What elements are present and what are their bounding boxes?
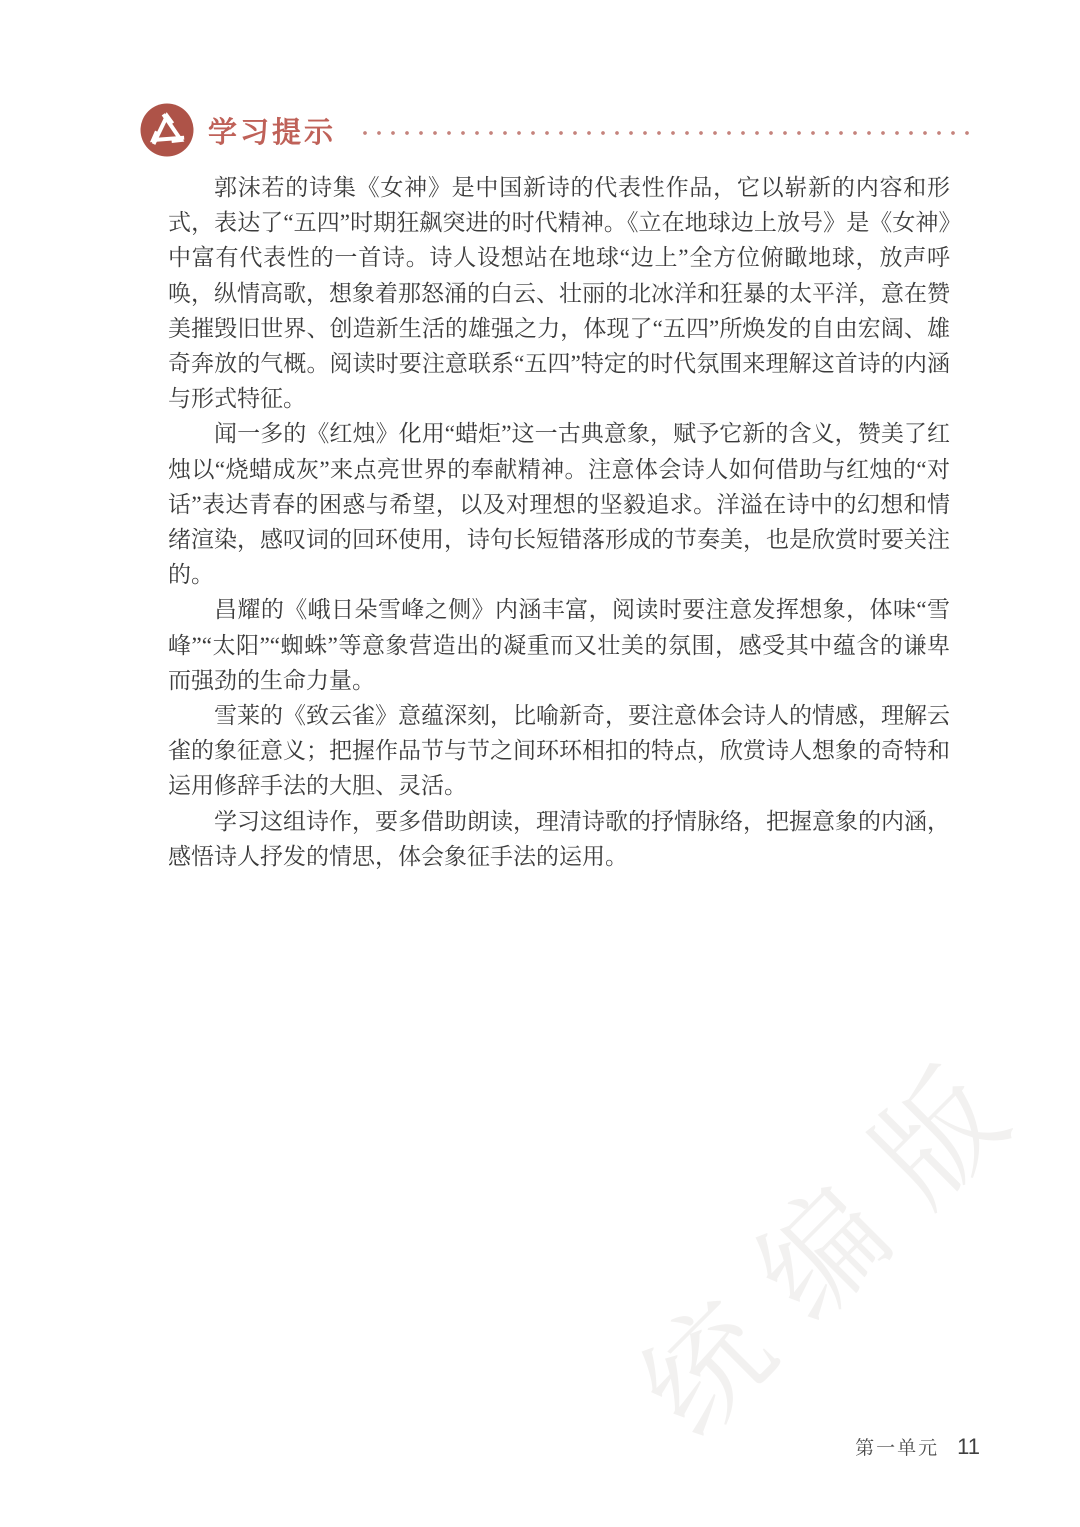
paragraph-xue-lai: 雪莱的《致云雀》意蕴深刻，比喻新奇，要注意体会诗人的情感，理解云雀的象征意义；把… [168, 698, 950, 804]
textbook-page: 学习提示 郭沫若的诗集《女神》是中国新诗的代表性作品，它以崭新的内容和形式，表达… [0, 0, 1080, 1527]
page-footer: 第一单元 11 [855, 1433, 980, 1460]
page-number: 11 [957, 1434, 980, 1460]
body-text-block: 郭沫若的诗集《女神》是中国新诗的代表性作品，它以崭新的内容和形式，表达了“五四”… [168, 170, 950, 874]
learning-tips-icon [138, 101, 196, 159]
paragraph-study-advice: 学习这组诗作，要多借助朗读，理清诗歌的抒情脉络，把握意象的内涵，感悟诗人抒发的情… [168, 804, 950, 874]
paragraph-guo-moruo: 郭沫若的诗集《女神》是中国新诗的代表性作品，它以崭新的内容和形式，表达了“五四”… [168, 170, 950, 416]
section-title: 学习提示 [208, 110, 336, 151]
section-header: 学习提示 [138, 100, 976, 160]
paragraph-chang-yao: 昌耀的《峨日朵雪峰之侧》内涵丰富，阅读时要注意发挥想象，体味“雪峰”“太阳”“蜘… [168, 592, 950, 698]
dotted-divider [358, 131, 976, 135]
unit-label: 第一单元 [855, 1433, 939, 1460]
edition-watermark: 统编版 [561, 961, 1080, 1520]
paragraph-wen-yiduo: 闻一多的《红烛》化用“蜡炬”这一古典意象，赋予它新的含义，赞美了红烛以“烧蜡成灰… [168, 416, 950, 592]
